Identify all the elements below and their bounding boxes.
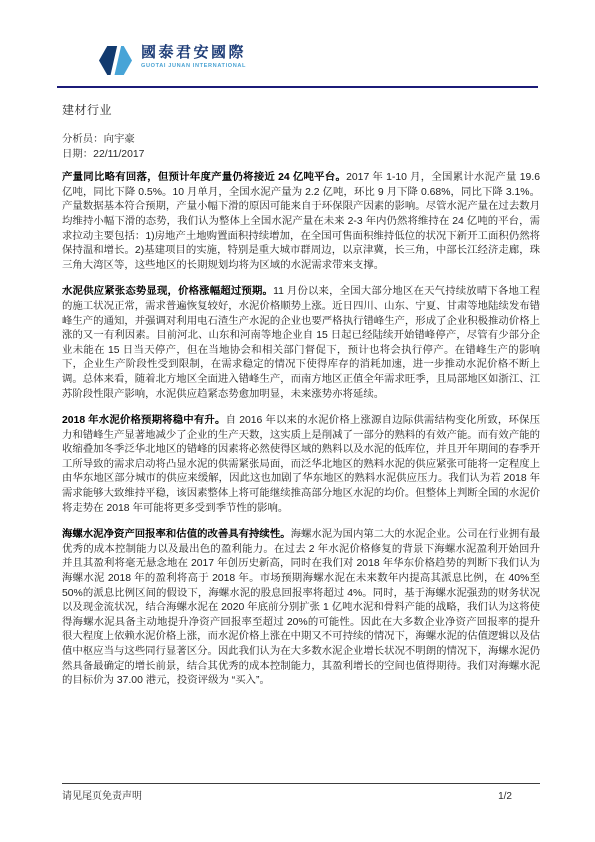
hexagon-logo-icon [99,46,132,75]
page-footer: 请见尾页免责声明 1/2 [62,783,540,802]
paragraph-body: 11 月份以来，全国大部分地区在天气持续放晴下各地工程的施工状况正常，需求普遍恢… [62,286,540,399]
paragraph-price-outlook: 2018 年水泥价格预期将稳中有升。自 2016 年以来的水泥价格上涨源自边际供… [62,414,540,516]
paragraph-body: 海螺水泥为国内第二大的水泥企业。公司在行业拥有最优秀的成本控制能力以及最出色的盈… [62,529,540,686]
footer-row: 请见尾页免责声明 1/2 [62,784,540,802]
paragraph-supply: 水泥供应紧张态势显现，价格涨幅超过预期。11 月份以来，全国大部分地区在天气持续… [62,285,540,402]
company-logo: 國泰君安國際 GUOTAI JUNAN INTERNATIONAL [99,44,246,75]
paragraph-production: 产量同比略有回落，但预计年度产量仍将接近 24 亿吨平台。2017 年 1-10… [62,171,540,273]
footer-disclaimer: 请见尾页免责声明 [62,787,142,802]
analyst-line: 分析员：向宇豪 [62,133,540,148]
company-name-en: GUOTAI JUNAN INTERNATIONAL [141,63,246,69]
date-line: 日期：22/11/2017 [62,148,540,163]
paragraph-conch-cement: 海螺水泥净资产回报率和估值的改善具有持续性。海螺水泥为国内第二大的水泥企业。公司… [62,528,540,689]
report-body: 建材行业 分析员：向宇豪 日期：22/11/2017 产量同比略有回落，但预计年… [62,104,540,701]
paragraph-lead: 产量同比略有回落，但预计年度产量仍将接近 24 亿吨平台。 [62,172,346,183]
date-value: 22/11/2017 [93,149,144,160]
analyst-label: 分析员： [62,134,104,145]
date-label: 日期： [62,149,93,160]
company-name-block: 國泰君安國際 GUOTAI JUNAN INTERNATIONAL [141,44,246,69]
company-name-cn: 國泰君安國際 [141,44,246,61]
paragraph-lead: 2018 年水泥价格预期将稳中有升。 [62,415,226,426]
header-divider [57,86,538,88]
page-title: 建材行业 [62,104,540,117]
paragraph-body: 自 2016 年以来的水泥价格上涨源自边际供需结构变化所致，环保压力和错峰生产显… [62,415,540,514]
analyst-name: 向宇豪 [104,134,135,145]
page-number: 1/2 [498,791,512,802]
report-meta: 分析员：向宇豪 日期：22/11/2017 [62,133,540,162]
report-page: 國泰君安國際 GUOTAI JUNAN INTERNATIONAL 建材行业 分… [0,0,595,842]
paragraph-list: 产量同比略有回落，但预计年度产量仍将接近 24 亿吨平台。2017 年 1-10… [62,171,540,689]
paragraph-lead: 水泥供应紧张态势显现，价格涨幅超过预期。 [62,286,273,297]
paragraph-body: 2017 年 1-10 月，全国累计水泥产量 19.6 亿吨，同比下降 0.5%… [62,172,540,271]
paragraph-lead: 海螺水泥净资产回报率和估值的改善具有持续性。 [62,529,291,540]
